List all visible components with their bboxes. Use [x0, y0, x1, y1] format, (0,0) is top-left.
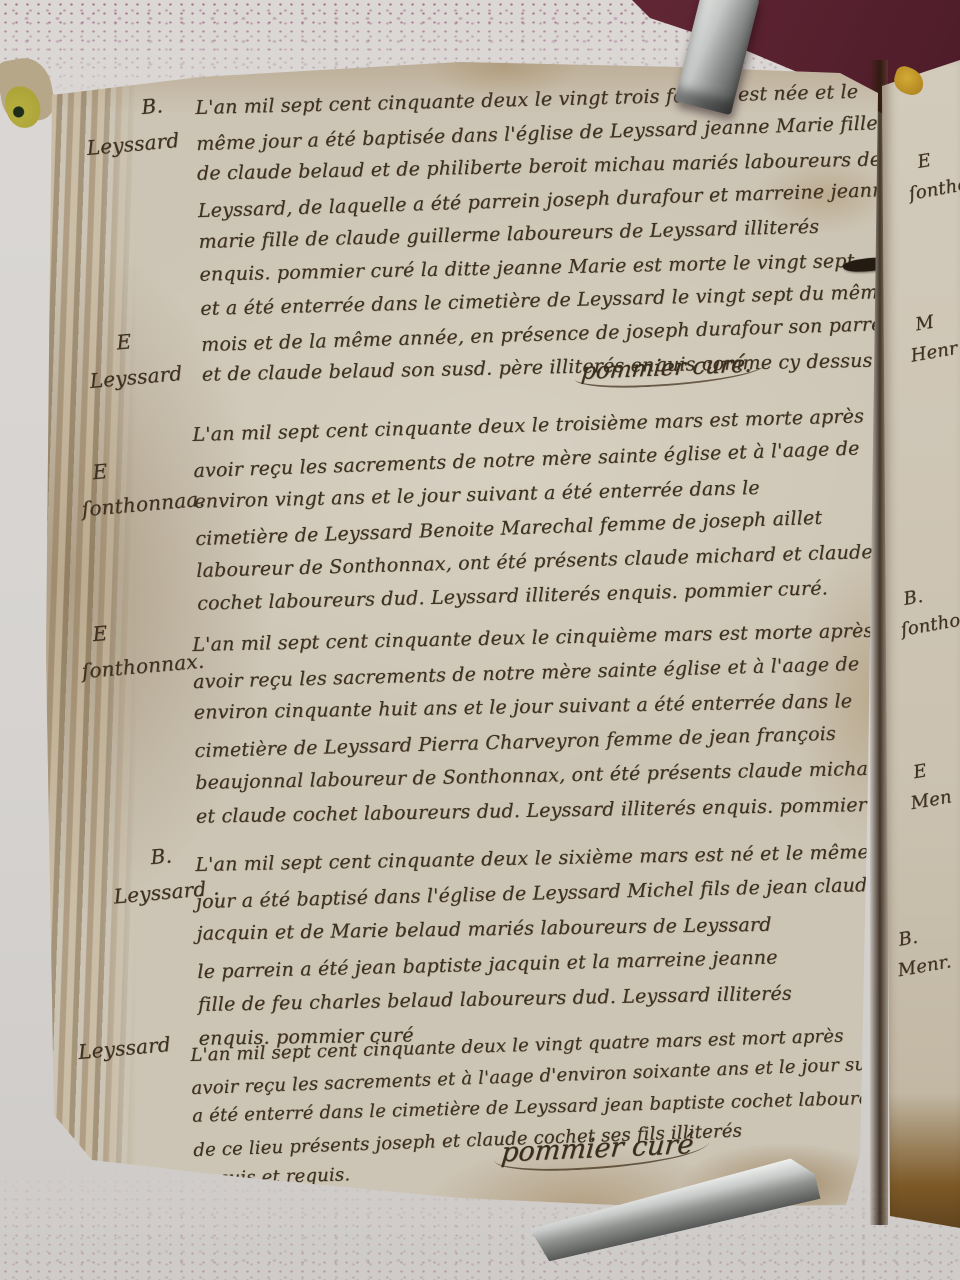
facing-margin-note: EMen: [903, 753, 954, 819]
margin-note-burial-sonthonnax: Eſonthonnaa.: [77, 445, 206, 527]
handwritten-line: Henr: [908, 334, 960, 372]
facing-margin-note: B.ſonthon: [893, 574, 960, 646]
margin-note-baptism-leyssard: B.Leyssard: [82, 86, 181, 166]
margin-note-leyssard: Leyssard: [77, 1026, 173, 1070]
facing-margin-note: MHenr: [903, 304, 960, 371]
margin-note-burial-sonthonnax-2: Eſonthonnax.: [77, 607, 206, 689]
record-entry-1: L'an mil sept cent cinquante deux le vin…: [195, 75, 902, 394]
photo-of-parish-register: Eſonthon MHenr B.ſonthon EMen B.Menr. B.…: [0, 0, 960, 1280]
margin-note-burial-leyssard: ELeyssard: [85, 319, 184, 399]
handwritten-line: Leyssard: [77, 1026, 173, 1070]
record-entry-2: L'an mil sept cent cinquante deux le tro…: [192, 398, 897, 621]
facing-page-sliver: Eſonthon MHenr B.ſonthon EMen B.Menr.: [882, 56, 960, 1234]
manuscript-page: B.Leyssard ELeyssard Eſonthonnaa. Eſonth…: [40, 55, 885, 1220]
handwritten-line: Leyssard: [88, 355, 184, 399]
handwritten-line: Leyssard: [85, 122, 181, 166]
record-entry-3: L'an mil sept cent cinquante deux le cin…: [192, 613, 896, 835]
handwritten-line: B.: [140, 86, 178, 125]
facing-margin-note: B.Menr.: [890, 918, 954, 986]
handwritten-line: Men: [908, 782, 954, 819]
facing-margin-note: Eſonthon: [901, 138, 960, 210]
handwritten-line: E: [115, 319, 181, 360]
